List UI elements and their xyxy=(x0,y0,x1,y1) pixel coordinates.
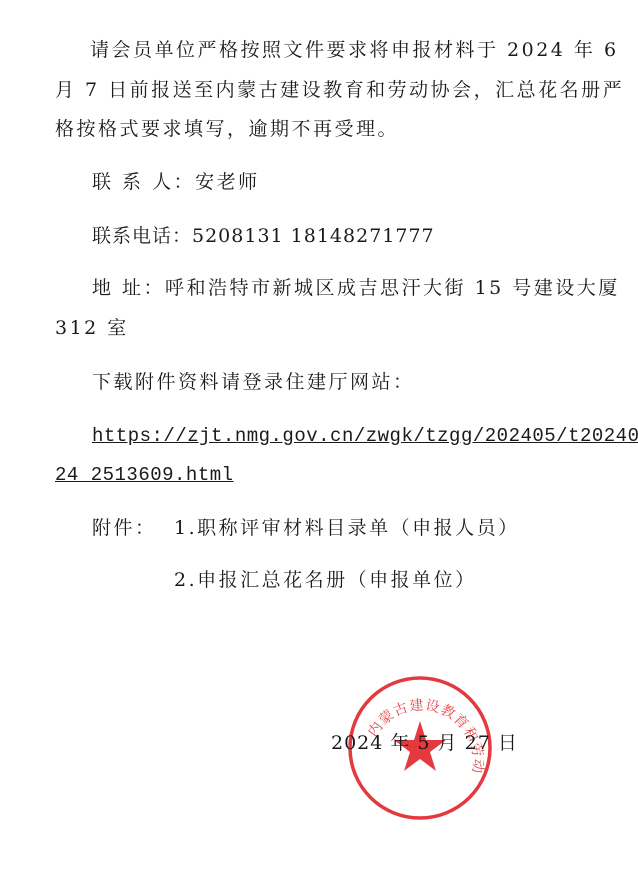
website-link[interactable]: 24_2513609.html xyxy=(55,463,234,487)
download-note: 下载附件资料请登录住建厅网站： xyxy=(92,370,415,394)
attachment-item: 2.申报汇总花名册（申报单位） xyxy=(174,568,477,592)
address-line: 地 址：呼和浩特市新城区成吉思汗大街 15 号建设大厦 xyxy=(92,276,620,300)
website-link[interactable]: https://zjt.nmg.gov.cn/zwgk/tzgg/202405/… xyxy=(92,424,638,448)
paragraph-line: 月 7 日前报送至内蒙古建设教育和劳动协会，汇总花名册严 xyxy=(55,78,624,102)
paragraph-line: 请会员单位严格按照文件要求将申报材料于 2024 年 6 xyxy=(90,38,619,62)
paragraph-line: 格按格式要求填写，逾期不再受理。 xyxy=(55,117,399,141)
attachments-label: 附件： xyxy=(92,516,157,540)
contact-phone: 联系电话：5208131 18148271777 xyxy=(92,224,435,248)
signature-date: 2024 年 5 月 27 日 xyxy=(331,728,518,755)
attachment-item: 1.职称评审材料目录单（申报人员） xyxy=(174,516,520,540)
contact-person: 联 系 人：安老师 xyxy=(92,170,260,194)
address-line: 312 室 xyxy=(55,316,129,340)
